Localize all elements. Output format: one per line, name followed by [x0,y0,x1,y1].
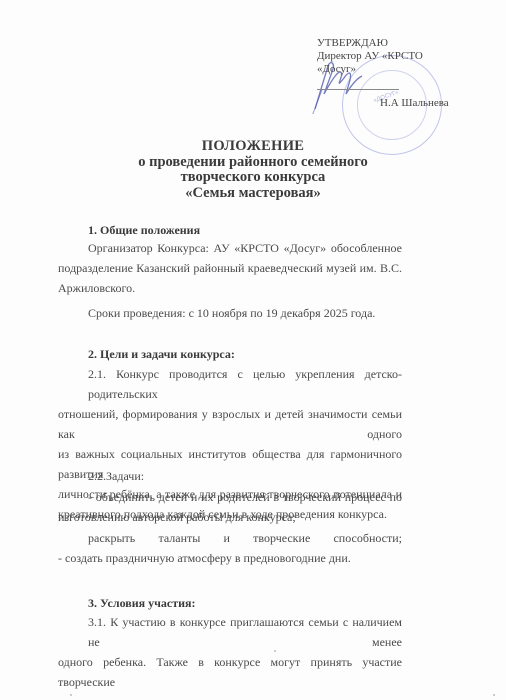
text-line: отношений, формирования у взрослых и дет… [58,404,402,444]
text-line: 2.1. Конкурс проводится с целью укреплен… [58,364,402,404]
document-page: «ДОСУГ» УТВЕРЖДАЮ Директор АУ «КРСТО «До… [0,0,506,700]
paragraph-task-2: раскрыть таланты и творческие способност… [58,528,402,568]
title-line-2: о проведении районного семейного [0,155,506,171]
text-line: подразделение Казанский районный краевед… [58,258,402,278]
approval-organization: «Досуг» [317,63,356,75]
paragraph-organizer: Организатор Конкурса: АУ «КРСТО «Досуг» … [58,238,402,298]
title-line-3: творческого конкурса [0,170,506,186]
text-line: Сроки проведения: с 10 ноября по 19 дека… [58,303,402,323]
scan-speck [493,694,495,696]
title-line-1: ПОЛОЖЕНИЕ [0,139,506,155]
paragraph-dates: Сроки проведения: с 10 ноября по 19 дека… [58,303,402,323]
approval-heading: УТВЕРЖДАЮ [317,37,487,50]
text-line: 2.2.Задачи: [58,466,402,486]
text-line: изготовлению авторской работы для конкур… [58,507,402,527]
approval-position: Директор АУ «КРСТО [317,50,487,63]
paragraph-tasks-heading: 2.2.Задачи: [58,466,402,486]
text-line: раскрыть таланты и творческие способност… [58,528,402,548]
title-line-4: «Семья мастеровая» [0,186,506,202]
section-heading-1: 1. Общие положения [88,223,200,238]
paragraph-task-1: - объединить детей и их родителей в твор… [58,487,402,527]
approval-signature-row: «Досуг» Н.А Шальнева [317,63,487,77]
paragraph-participation: 3.1. К участию в конкурсе приглашаются с… [58,612,402,692]
section-heading-3: 3. Условия участия: [88,596,196,611]
approval-block: УТВЕРЖДАЮ Директор АУ «КРСТО «Досуг» Н.А… [317,37,487,77]
text-line: Аржиловского. [58,278,402,298]
text-line: - создать праздничную атмосферу в предно… [58,548,402,568]
text-line: 3.1. К участию в конкурсе приглашаются с… [58,612,402,652]
section-heading-2: 2. Цели и задачи конкурса: [88,347,235,362]
signature-line [317,89,399,90]
approval-signer-name: Н.А Шальнева [380,97,449,110]
document-title: ПОЛОЖЕНИЕ о проведении районного семейно… [0,139,506,201]
text-line: одного ребенка. Также в конкурсе могут п… [58,652,402,692]
text-line: - объединить детей и их родителей в твор… [58,487,402,507]
scan-speck [70,694,72,696]
text-line: Организатор Конкурса: АУ «КРСТО «Досуг» … [58,238,402,258]
scan-speck [274,650,276,652]
